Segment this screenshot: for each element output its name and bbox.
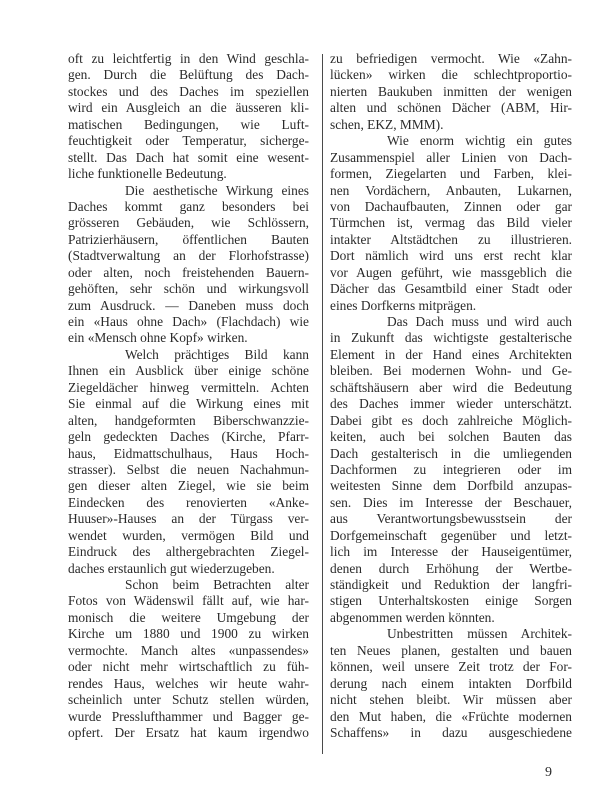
text-line: können, weil unsere Zeit trotz der For-	[330, 659, 572, 675]
text-line: Huuser»-Hauses an der Türgass ver-	[68, 511, 309, 527]
text-line: gen. Durch die Belüftung des Dach-	[68, 67, 309, 83]
text-line: Dort nämlich wird uns erst recht klar	[330, 248, 572, 264]
text-line: lücken» wirken die schlechtproportio-	[330, 67, 572, 83]
text-line: Dächer das Gesamtbild einer Stadt oder	[330, 281, 572, 297]
text-line: stellt. Das Dach hat somit eine wesent-	[68, 150, 309, 166]
column-divider	[322, 54, 323, 754]
text-line: strasser). Selbst die neuen Nachahmun-	[68, 462, 309, 478]
text-line: Zusammenspiel aller Linien von Dach-	[330, 150, 572, 166]
text-line: Fotos von Wädenswil fällt auf, wie har-	[68, 593, 309, 609]
text-line: grösseren Gebäuden, wie Schlössern,	[68, 215, 309, 231]
text-line: schen, EKZ, MMM).	[330, 117, 572, 133]
text-line: schäftshäusern aber wird die Bedeutung	[330, 380, 572, 396]
text-line: opfert. Der Ersatz hat kaum irgendwo	[68, 725, 309, 741]
left-text-column: oft zu leichtfertig in den Wind geschla-…	[68, 51, 309, 741]
text-line: bleiben. Bei modernen Wohn- und Ge-	[330, 363, 572, 379]
text-line: Das Dach muss und wird auch	[330, 314, 572, 330]
page-number: 9	[545, 765, 552, 781]
document-page: oft zu leichtfertig in den Wind geschla-…	[0, 0, 609, 800]
text-line: feuchtigkeit oder Temperatur, sicherge-	[68, 133, 309, 149]
text-line: scheinlich unter Schutz stellen würden,	[68, 692, 309, 708]
text-line: oder nicht mehr wirtschaftlich zu füh-	[68, 659, 309, 675]
text-line: Eindecken des renovierten «Anke-	[68, 495, 309, 511]
text-line: ständigkeit und Reduktion der langfri-	[330, 577, 572, 593]
text-line: liche funktionelle Bedeutung.	[68, 166, 309, 182]
text-line: Die aesthetische Wirkung eines	[68, 183, 309, 199]
right-text-column: zu befriedigen vermocht. Wie «Zahn-lücke…	[330, 51, 572, 741]
text-line: Daches kommt ganz besonders bei	[68, 199, 309, 215]
text-line: geln gedeckten Daches (Kirche, Pfarr-	[68, 429, 309, 445]
text-line: weitesten Sinne dem Dorfbild anzupas-	[330, 478, 572, 494]
text-line: vor Augen geführt, wie massgeblich die	[330, 265, 572, 281]
text-line: wendet wurden, vermögen Bild und	[68, 528, 309, 544]
text-line: aus Verantwortungsbewusstsein der	[330, 511, 572, 527]
text-line: des Daches immer wieder unterschätzt.	[330, 396, 572, 412]
text-line: von Dachaufbauten, Zinnen oder gar	[330, 199, 572, 215]
text-line: sen. Dies im Interesse der Beschauer,	[330, 495, 572, 511]
text-line: gen dieser alten Ziegel, wie sie beim	[68, 478, 309, 494]
text-line: Kirche um 1880 und 1900 zu wirken	[68, 626, 309, 642]
text-line: rendes Haus, welches wir heute wahr-	[68, 676, 309, 692]
text-line: haus, Eidmattschulhaus, Haus Hoch-	[68, 446, 309, 462]
text-line: Element in der Hand eines Architekten	[330, 347, 572, 363]
text-line: zum Ausdruck. — Daneben muss doch	[68, 298, 309, 314]
text-line: Türmchen ist, vermag das Bild vieler	[330, 215, 572, 231]
text-line: vermochte. Manch altes «unpassendes»	[68, 643, 309, 659]
text-line: in Zukunft das wichtigste gestalterische	[330, 330, 572, 346]
text-line: oft zu leichtfertig in den Wind geschla-	[68, 51, 309, 67]
text-line: Welch prächtiges Bild kann	[68, 347, 309, 363]
text-line: nierten Baukuben inmitten der wenigen	[330, 84, 572, 100]
text-line: Wie enorm wichtig ein gutes	[330, 133, 572, 149]
text-line: wurde Presslufthammer und Bagger ge-	[68, 709, 309, 725]
text-line: den Mut haben, die «Früchte modernen	[330, 709, 572, 725]
text-line: wird ein Ausgleich an die äusseren kli-	[68, 100, 309, 116]
text-line: Ihnen ein Ausblick über einige schöne	[68, 363, 309, 379]
text-line: Unbestritten müssen Architek-	[330, 626, 572, 642]
text-line: Ziegeldächer hinweg vermitteln. Achten	[68, 380, 309, 396]
text-line: eines Dorfkerns mitprägen.	[330, 298, 572, 314]
text-line: intakter Altstädtchen zu illustrieren.	[330, 232, 572, 248]
text-line: ein «Mensch ohne Kopf» wirken.	[68, 330, 309, 346]
text-line: Dachformen zu integrieren oder im	[330, 462, 572, 478]
text-line: gehöften, sehr schön und wirkungsvoll	[68, 281, 309, 297]
text-line: daches erstaunlich gut wiederzugeben.	[68, 561, 309, 577]
text-line: Dorfgemeinschaft gegenüber und letzt-	[330, 528, 572, 544]
text-line: stigen Unterhaltskosten einige Sorgen	[330, 593, 572, 609]
text-line: ein «Haus ohne Dach» (Flachdach) wie	[68, 314, 309, 330]
text-line: oder alten, noch freistehenden Bauern-	[68, 265, 309, 281]
text-line: Eindruck des althergebrachten Ziegel-	[68, 544, 309, 560]
text-line: ten Neues planen, gestalten und bauen	[330, 643, 572, 659]
text-line: formen, Ziegelarten und Farben, klei-	[330, 166, 572, 182]
text-line: nen Vordächern, Anbauten, Lukarnen,	[330, 183, 572, 199]
text-line: alten und schönen Dächer (ABM, Hir-	[330, 100, 572, 116]
text-line: keiten, auch bei solchen Bauten das	[330, 429, 572, 445]
text-line: Patrizierhäusern, öffentlichen Bauten	[68, 232, 309, 248]
text-line: derung nach einem intakten Dorfbild	[330, 676, 572, 692]
text-line: nicht stehen bleibt. Wir müssen aber	[330, 692, 572, 708]
text-line: stockes und des Daches im speziellen	[68, 84, 309, 100]
text-line: Sie einmal auf die Wirkung eines mit	[68, 396, 309, 412]
text-line: abgenommen werden könnten.	[330, 610, 572, 626]
text-line: Schaffens» in dazu ausgeschiedene	[330, 725, 572, 741]
text-line: zu befriedigen vermocht. Wie «Zahn-	[330, 51, 572, 67]
text-line: alten, handgeformten Biberschwanzzie-	[68, 413, 309, 429]
text-line: (Stadtverwaltung an der Florhofstrasse)	[68, 248, 309, 264]
text-line: matischen Bedingungen, wie Luft-	[68, 117, 309, 133]
text-line: Dabei gibt es doch zahlreiche Möglich-	[330, 413, 572, 429]
text-line: Schon beim Betrachten alter	[68, 577, 309, 593]
text-line: denen durch Erhöhung der Wertbe-	[330, 561, 572, 577]
text-line: monisch die weitere Umgebung der	[68, 610, 309, 626]
text-line: lich im Interesse der Hauseigentümer,	[330, 544, 572, 560]
text-line: Dach gestalterisch in die umliegenden	[330, 446, 572, 462]
